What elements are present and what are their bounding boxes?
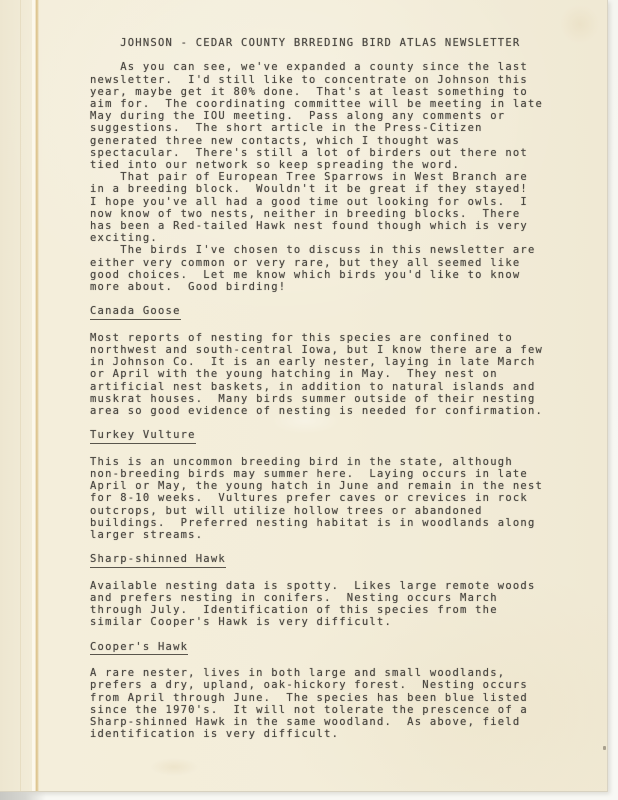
- paper-stain: [150, 758, 198, 776]
- paragraph: That pair of European Tree Sparrows in W…: [90, 171, 560, 244]
- section-heading: Sharp-shinned Hawk: [90, 553, 560, 567]
- paragraph-line: area so good evidence of nesting is need…: [90, 405, 560, 417]
- newsletter-title: JOHNSON - CEDAR COUNTY BRREDING BIRD ATL…: [90, 37, 560, 49]
- paragraph-line: I hope you've all had a good time out lo…: [90, 196, 560, 208]
- section-heading: Turkey Vulture: [90, 429, 560, 443]
- paragraph-line: newsletter. I'd still like to concentrat…: [90, 74, 560, 86]
- paragraph-line: artificial nest baskets, in addition to …: [90, 381, 560, 393]
- paragraph-line: in Johnson Co. It is an early nester, la…: [90, 356, 560, 368]
- paragraph-line: more about. Good birding!: [90, 281, 560, 293]
- paragraph-line: A rare nester, lives in both large and s…: [90, 667, 560, 679]
- paper-stain: [560, 4, 600, 44]
- paragraph-line: This is an uncommon breeding bird in the…: [90, 456, 560, 468]
- section-heading-text: Canada Goose: [90, 305, 181, 319]
- fold-crease-faint: [20, 0, 21, 791]
- paragraph-line: identification is very difficult.: [90, 728, 560, 740]
- paragraph-line: spectacular. There's still a lot of bird…: [90, 147, 560, 159]
- heading-line: Canada Goose: [90, 305, 560, 319]
- paragraph-line: northwest and south-central Iowa, but I …: [90, 344, 560, 356]
- paragraph-line: Sharp-shinned Hawk in the same woodland.…: [90, 716, 560, 728]
- paragraph-line: or April with the young hatching in May.…: [90, 368, 560, 380]
- paragraph: Available nesting data is spotty. Likes …: [90, 580, 560, 629]
- paragraph-line: Available nesting data is spotty. Likes …: [90, 580, 560, 592]
- typed-text-block: JOHNSON - CEDAR COUNTY BRREDING BIRD ATL…: [90, 37, 560, 740]
- paragraph-line: similar Cooper's Hawk is very difficult.: [90, 616, 560, 628]
- paragraph-line: now know of two nests, neither in breedi…: [90, 208, 560, 220]
- paragraph-line: That pair of European Tree Sparrows in W…: [90, 171, 560, 183]
- paragraph-line: outcrops, but will utilize hollow trees …: [90, 505, 560, 517]
- heading-line: Sharp-shinned Hawk: [90, 553, 560, 567]
- section-heading-text: Cooper's Hawk: [90, 641, 188, 655]
- paragraph-line: suggestions. The short article in the Pr…: [90, 122, 560, 134]
- paragraph-line: As you can see, we've expanded a county …: [90, 61, 560, 73]
- scan-speck: [603, 746, 606, 750]
- paragraph-line: exciting.: [90, 232, 560, 244]
- paragraph-line: prefers a dry, upland, oak-hickory fores…: [90, 679, 560, 691]
- paragraph-line: since the 1970's. It will not tolerate t…: [90, 704, 560, 716]
- paragraph-line: in a breeding block. Wouldn't it be grea…: [90, 183, 560, 195]
- paragraph-line: buildings. Preferred nesting habitat is …: [90, 517, 560, 529]
- paragraph-line: and prefers nesting in conifers. Nesting…: [90, 592, 560, 604]
- paragraph-line: year, maybe get it 80% done. That's at l…: [90, 86, 560, 98]
- paragraph-line: Most reports of nesting for this species…: [90, 332, 560, 344]
- paragraph-line: The birds I've chosen to discuss in this…: [90, 244, 560, 256]
- heading-line: Turkey Vulture: [90, 429, 560, 443]
- scan-edge-artifact: [0, 792, 46, 800]
- paragraph: As you can see, we've expanded a county …: [90, 61, 560, 171]
- paragraph-line: for 8-10 weeks. Vultures prefer caves or…: [90, 492, 560, 504]
- paragraph-line: larger streams.: [90, 529, 560, 541]
- section-heading: Canada Goose: [90, 305, 560, 319]
- paragraph: A rare nester, lives in both large and s…: [90, 667, 560, 740]
- paragraph-line: from April through June. The species has…: [90, 692, 560, 704]
- paragraph-line: good choices. Let me know which birds yo…: [90, 269, 560, 281]
- title-line: JOHNSON - CEDAR COUNTY BRREDING BIRD ATL…: [90, 37, 560, 49]
- heading-line: Cooper's Hawk: [90, 641, 560, 655]
- paragraph-line: has been a Red-tailed Hawk nest found th…: [90, 220, 560, 232]
- paragraph-line: May during the IOU meeting. Pass along a…: [90, 110, 560, 122]
- scanned-newsletter-page: JOHNSON - CEDAR COUNTY BRREDING BIRD ATL…: [0, 0, 618, 800]
- paragraph-line: through July. Identification of this spe…: [90, 604, 560, 616]
- paragraph-line: generated three new contacts, which I th…: [90, 135, 560, 147]
- paragraph: This is an uncommon breeding bird in the…: [90, 456, 560, 541]
- paragraph: Most reports of nesting for this species…: [90, 332, 560, 417]
- paragraph-line: non-breeding birds may summer here. Layi…: [90, 468, 560, 480]
- section-heading-text: Turkey Vulture: [90, 429, 196, 443]
- paragraph-line: aim for. The coordinating committee will…: [90, 98, 560, 110]
- paragraph-line: either very common or very rare, but the…: [90, 257, 560, 269]
- section-heading: Cooper's Hawk: [90, 641, 560, 655]
- paragraph-line: tied into our network so keep spreading …: [90, 159, 560, 171]
- paper-sheet: JOHNSON - CEDAR COUNTY BRREDING BIRD ATL…: [0, 0, 608, 792]
- fold-crease: [32, 0, 39, 791]
- paragraph: The birds I've chosen to discuss in this…: [90, 244, 560, 293]
- section-heading-text: Sharp-shinned Hawk: [90, 553, 226, 567]
- paragraph-line: muskrat houses. Many birds summer outsid…: [90, 393, 560, 405]
- paragraph-line: April or May, the young hatch in June an…: [90, 480, 560, 492]
